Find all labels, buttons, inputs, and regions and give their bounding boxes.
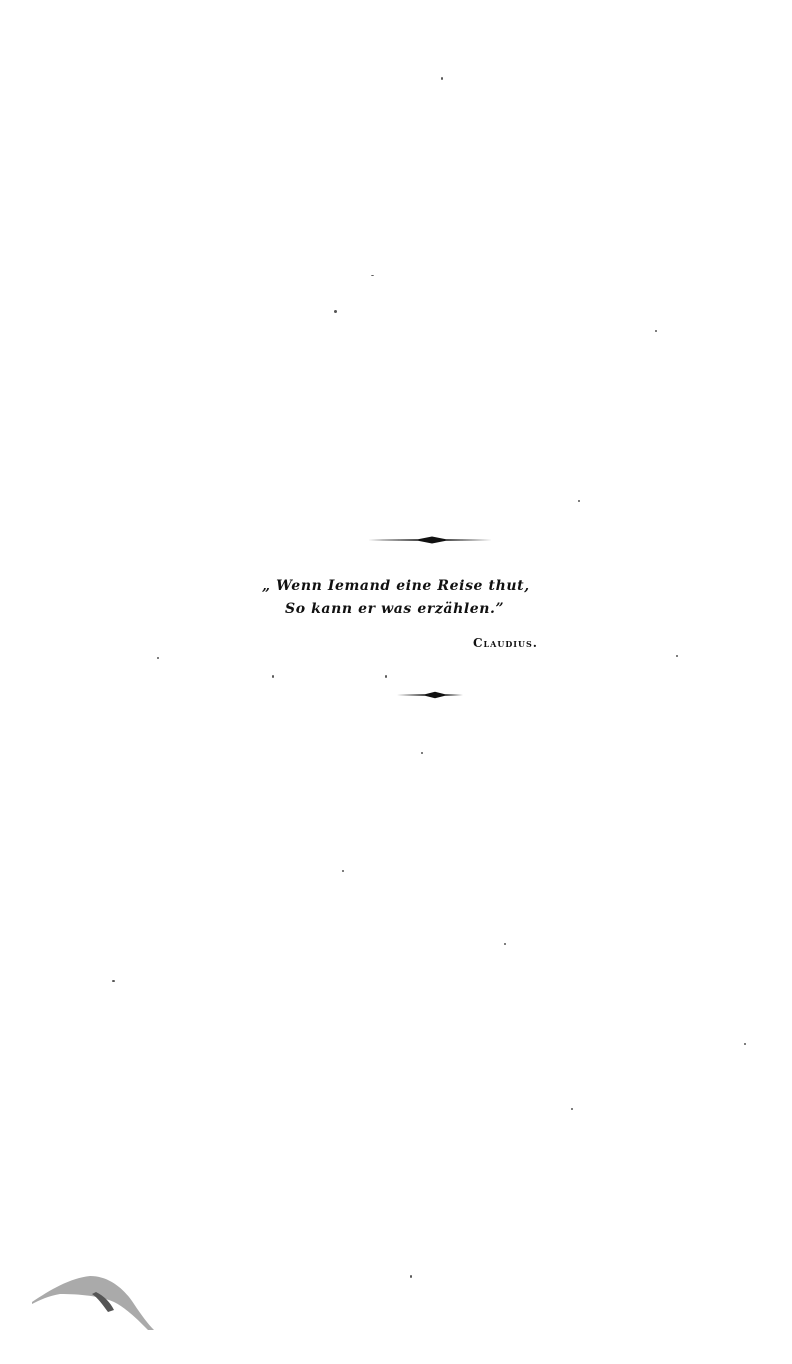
scan-speck xyxy=(410,1275,412,1278)
scan-speck xyxy=(371,275,374,276)
scan-speck xyxy=(342,870,344,872)
scan-speck xyxy=(441,77,443,80)
scan-speck xyxy=(571,1108,573,1110)
paper-stain xyxy=(30,1270,160,1344)
scan-speck xyxy=(272,675,274,678)
epigraph-line-1: „ Wenn Iemand eine Reise thut, xyxy=(262,577,530,595)
scan-speck xyxy=(421,752,423,754)
bottom-ornamental-rule xyxy=(397,691,463,695)
scan-speck xyxy=(744,1043,746,1045)
scan-speck xyxy=(504,943,506,945)
scan-speck xyxy=(655,330,657,332)
scan-speck xyxy=(112,980,115,982)
scan-speck xyxy=(578,500,580,502)
epigraph-line-2: So kann er was erzählen.” xyxy=(285,600,504,618)
book-page: „ Wenn Iemand eine Reise thut, So kann e… xyxy=(0,0,792,1364)
scan-speck xyxy=(334,310,337,313)
epigraph-attribution: Claudius. xyxy=(473,636,538,650)
scan-speck xyxy=(385,675,387,678)
scan-speck xyxy=(157,657,159,659)
scan-speck xyxy=(676,655,678,657)
top-ornamental-rule xyxy=(368,536,492,540)
